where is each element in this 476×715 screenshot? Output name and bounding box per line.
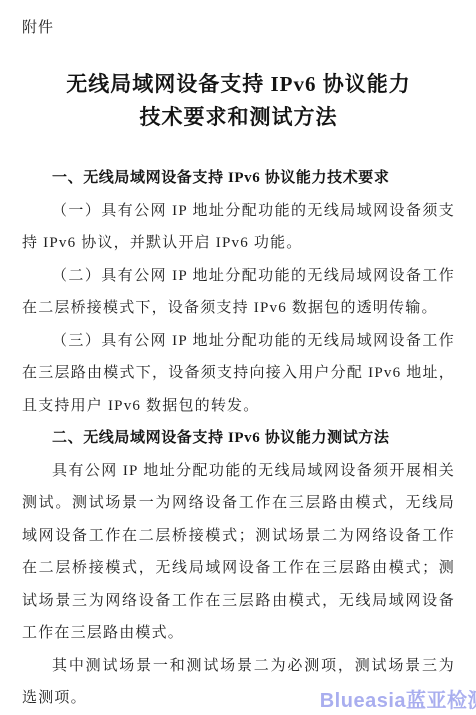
section-1-paragraph-3: （三）具有公网 IP 地址分配功能的无线局域网设备工作在三层路由模式下，设备须支… (22, 325, 455, 423)
section-1-paragraph-2: （二）具有公网 IP 地址分配功能的无线局域网设备工作在二层桥接模式下，设备须支… (22, 260, 455, 325)
section-2-paragraph-1: 具有公网 IP 地址分配功能的无线局域网设备须开展相关测试。测试场景一为网络设备… (22, 455, 455, 650)
section-1-paragraph-1: （一）具有公网 IP 地址分配功能的无线局域网设备须支持 IPv6 协议，并默认… (22, 195, 455, 260)
attachment-label: 附件 (22, 18, 455, 38)
document-title: 无线局域网设备支持 IPv6 协议能力 技术要求和测试方法 (22, 68, 455, 134)
section-2-heading: 二、无线局域网设备支持 IPv6 协议能力测试方法 (22, 422, 455, 455)
section-2-paragraph-2: 其中测试场景一和测试场景二为必测项，测试场景三为选测项。 (22, 650, 455, 715)
document-page: 附件 无线局域网设备支持 IPv6 协议能力 技术要求和测试方法 一、无线局域网… (0, 0, 476, 715)
document-title-line2: 技术要求和测试方法 (22, 101, 455, 134)
document-body: 一、无线局域网设备支持 IPv6 协议能力技术要求 （一）具有公网 IP 地址分… (22, 162, 455, 715)
document-title-line1: 无线局域网设备支持 IPv6 协议能力 (22, 68, 455, 101)
section-1-heading: 一、无线局域网设备支持 IPv6 协议能力技术要求 (22, 162, 455, 195)
